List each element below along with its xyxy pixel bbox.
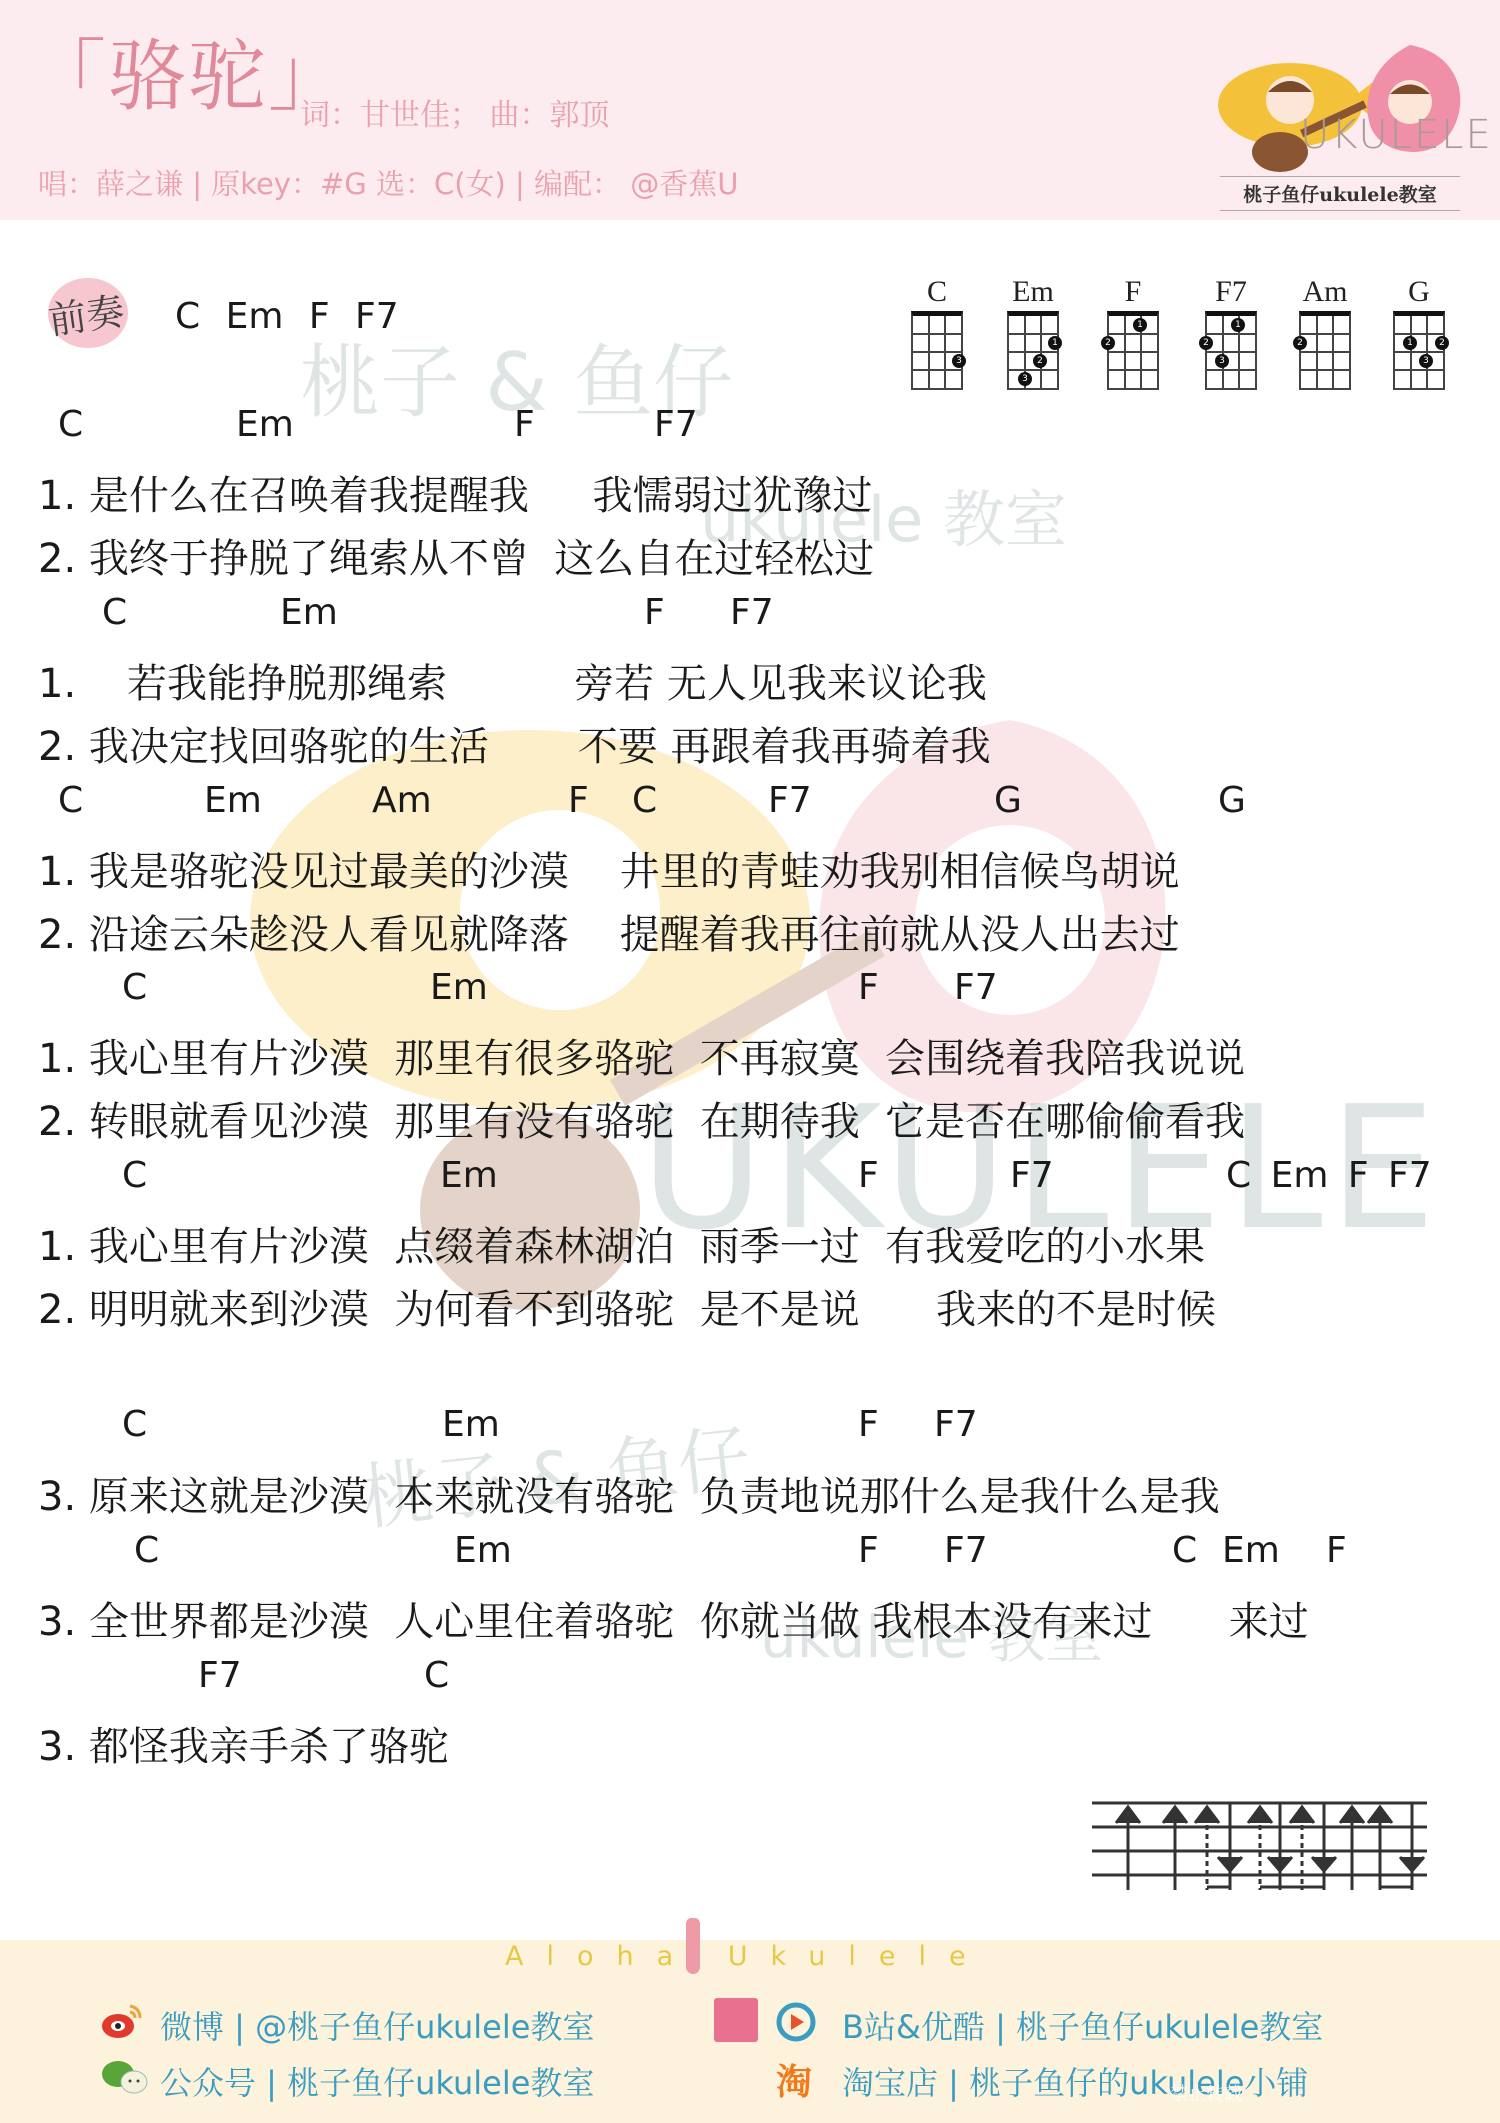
chord: C bbox=[632, 780, 657, 821]
lyric-line: 1. 我是骆驼没见过最美的沙漠 井里的青蛙劝我别相信候鸟胡说 bbox=[38, 840, 1180, 897]
chord-name: Em bbox=[998, 275, 1068, 309]
finger-dot: 2 bbox=[1435, 336, 1449, 350]
chord: F7 bbox=[198, 1655, 242, 1696]
finger-dot: 1 bbox=[1403, 336, 1417, 350]
chord: F bbox=[858, 1404, 879, 1445]
lyric-line: 1. 我心里有片沙漠 那里有很多骆驼 不再寂寞 会围绕着我陪我说说 bbox=[38, 1027, 1245, 1084]
wechat-link[interactable]: 公众号 | 桃子鱼仔ukulele教室 bbox=[160, 2058, 594, 2104]
finger-dot: 2 bbox=[1101, 336, 1115, 350]
chord: C Em F F7 bbox=[1226, 1155, 1432, 1196]
chord-name: F7 bbox=[1196, 275, 1266, 309]
chord: F7 bbox=[654, 404, 698, 445]
chord: F7 bbox=[934, 1404, 978, 1445]
chord-name: G bbox=[1384, 275, 1454, 309]
chord: Em bbox=[430, 967, 488, 1008]
logo-wordmark: UKULELE bbox=[1300, 112, 1493, 158]
lyric-line: 3. 都怪我亲手杀了骆驼 bbox=[38, 1715, 449, 1772]
lyric-line: 2. 转眼就看见沙漠 那里有没有骆驼 在期待我 它是否在哪偷偷看我 bbox=[38, 1090, 1245, 1147]
finger-dot: 2 bbox=[1199, 336, 1213, 350]
chord: C bbox=[122, 1404, 147, 1445]
lyric-line: 1. 若我能挣脱那绳索 旁若 无人见我来议论我 bbox=[38, 652, 987, 709]
chord-diagram-am: Am 2 bbox=[1290, 275, 1360, 390]
lyric-line: 2. 我决定找回骆驼的生活 不要 再跟着我再骑着我 bbox=[38, 715, 991, 772]
chord: F7 bbox=[1010, 1155, 1054, 1196]
lyric-line: 3. 原来这就是沙漠 本来就没有骆驼 负责地说那什么是我什么是我 bbox=[38, 1465, 1220, 1522]
chord: F bbox=[858, 967, 879, 1008]
fretboard-icon: 1 2 3 bbox=[1205, 311, 1257, 390]
weibo-icon bbox=[100, 2002, 144, 2040]
chord: Am bbox=[372, 780, 432, 821]
chord: F7 bbox=[944, 1530, 988, 1571]
chord: Em bbox=[236, 404, 294, 445]
lyric-line: 3. 全世界都是沙漠 人心里住着骆驼 你就当做 我根本没有来过 来过 bbox=[38, 1590, 1309, 1647]
chord: G bbox=[1218, 780, 1246, 821]
aloha-banner: Aloha Ukulele bbox=[505, 1941, 989, 1972]
chord: C bbox=[122, 1155, 147, 1196]
chord-diagram-c: C 3 bbox=[902, 275, 972, 390]
finger-dot: 1 bbox=[1133, 318, 1147, 332]
chord: F7 bbox=[954, 967, 998, 1008]
chord: F7 bbox=[768, 780, 812, 821]
chord: C bbox=[122, 967, 147, 1008]
chord: C bbox=[424, 1655, 449, 1696]
wechat-icon bbox=[100, 2058, 150, 2096]
chord-diagram-em: Em 1 2 3 bbox=[998, 275, 1068, 390]
chord: Em bbox=[204, 780, 262, 821]
fretboard-icon: 3 bbox=[911, 311, 963, 390]
chord: F7 bbox=[730, 592, 774, 633]
weibo-link[interactable]: 微博 | @桃子鱼仔ukulele教室 bbox=[160, 2002, 594, 2048]
lyric-line: 2. 明明就来到沙漠 为何看不到骆驼 是不是说 我来的不是时候 bbox=[38, 1278, 1216, 1335]
logo-caption: 桃子鱼仔ukulele教室 bbox=[1220, 176, 1460, 211]
chord: Em bbox=[440, 1155, 498, 1196]
youku-icon bbox=[776, 2002, 816, 2042]
chord: C bbox=[58, 404, 83, 445]
chord-diagram-f: F 1 2 bbox=[1098, 275, 1168, 390]
finger-dot: 3 bbox=[952, 354, 966, 368]
chord: Em bbox=[280, 592, 338, 633]
taobao-icon: 淘 bbox=[776, 2054, 812, 2105]
chord: Em bbox=[454, 1530, 512, 1571]
chord-name: F bbox=[1098, 275, 1168, 309]
chord-diagram-f7: F7 1 2 3 bbox=[1196, 275, 1266, 390]
chord: C bbox=[1172, 1530, 1197, 1571]
finger-dot: 3 bbox=[1018, 372, 1032, 386]
fretboard-icon: 1 2 bbox=[1107, 311, 1159, 390]
fretboard-icon: 2 bbox=[1299, 311, 1351, 390]
fretboard-icon: 1 2 3 bbox=[1393, 311, 1445, 390]
finger-dot: 2 bbox=[1033, 354, 1047, 368]
chord-name: C bbox=[902, 275, 972, 309]
song-meta: 唱：薛之谦 | 原key：#G 选：C(女) | 编配： @香蕉U bbox=[38, 162, 739, 203]
chord-diagram-g: G 1 2 3 bbox=[1384, 275, 1454, 390]
lyric-line: 2. 沿途云朵趁没人看见就降落 提醒着我再往前就从没人出去过 bbox=[38, 903, 1180, 960]
copyright-overlay: 禁止转载 bbox=[1170, 2080, 1242, 2106]
finger-dot: 1 bbox=[1231, 318, 1245, 332]
fretboard-icon: 1 2 3 bbox=[1007, 311, 1059, 390]
chord: C bbox=[58, 780, 83, 821]
chord: Em bbox=[442, 1404, 500, 1445]
intro-chords: C Em F F7 bbox=[175, 296, 399, 337]
lyric-line: 1. 是什么在召唤着我提醒我 我懦弱过犹豫过 bbox=[38, 464, 872, 521]
chord: F bbox=[514, 404, 535, 445]
lyric-line: 1. 我心里有片沙漠 点缀着森林湖泊 雨季一过 有我爱吃的小水果 bbox=[38, 1215, 1205, 1272]
song-credits: 词：甘世佳； 曲：郭顶 bbox=[300, 90, 610, 134]
chord: C bbox=[102, 592, 127, 633]
chord: F bbox=[858, 1530, 879, 1571]
bilibili-icon bbox=[714, 1998, 758, 2042]
intro-label: 前奏 bbox=[45, 280, 128, 345]
finger-dot: 3 bbox=[1215, 354, 1229, 368]
chord: G bbox=[994, 780, 1022, 821]
ukulele-icon bbox=[686, 1918, 700, 1974]
finger-dot: 3 bbox=[1419, 354, 1433, 368]
strum-pattern-icon bbox=[1092, 1785, 1427, 1890]
chord: F bbox=[858, 1155, 879, 1196]
lyric-line: 2. 我终于挣脱了绳索从不曾 这么自在过轻松过 bbox=[38, 527, 874, 584]
chord: F bbox=[1326, 1530, 1347, 1571]
chord: F bbox=[644, 592, 665, 633]
chord: F bbox=[568, 780, 589, 821]
chord: Em bbox=[1222, 1530, 1280, 1571]
finger-dot: 1 bbox=[1048, 336, 1062, 350]
video-link[interactable]: B站&优酷 | 桃子鱼仔ukulele教室 bbox=[842, 2002, 1323, 2048]
chord: C bbox=[134, 1530, 159, 1571]
chord-name: Am bbox=[1290, 275, 1360, 309]
finger-dot: 2 bbox=[1293, 336, 1307, 350]
